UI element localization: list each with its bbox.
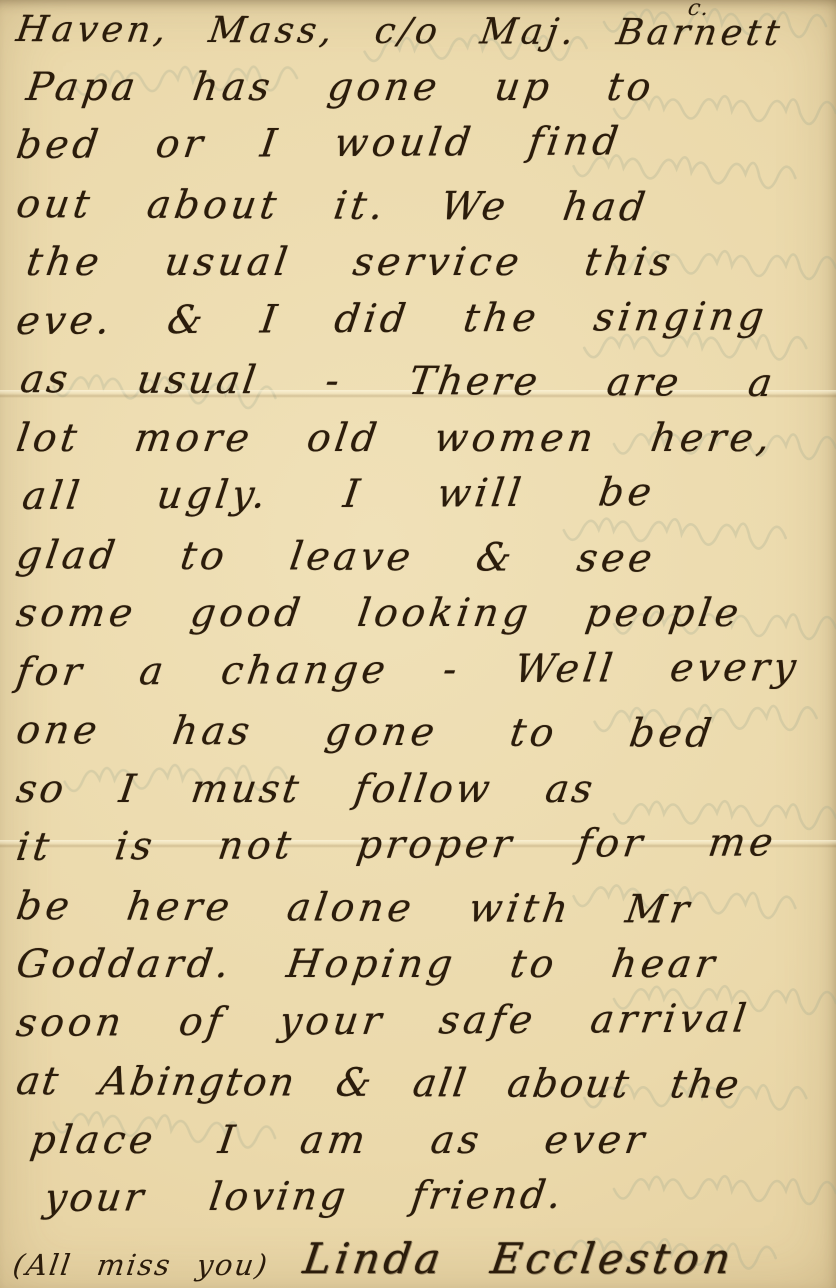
letter-line: at Abington & all about the [14,1062,835,1105]
handwritten-text: Haven, Mass, c/o Maj. Barnett Papa has g… [14,12,830,1280]
letter-heading-line: Haven, Mass, c/o Maj. Barnett [14,12,835,52]
letter-line: glad to leave & see [14,536,835,579]
postscript-note: (All miss you) [11,1251,271,1280]
letter-line: all ugly. I will be [20,472,836,516]
letter-line: the usual service this [24,243,835,282]
letter-line: it is not proper for me to [14,823,836,867]
letter-line: eve. & I did the singing [14,297,836,341]
letter-page: c. Haven, Mass, c/o Maj. Barnett Papa ha… [0,0,836,1288]
letter-line: bed or I would find [14,121,836,165]
letter-line: for a change - Well every [14,648,836,692]
letter-line: Goddard. Hoping to hear [14,945,835,984]
letter-line: be here alone with Mr [14,887,835,930]
letter-line: some good looking people [14,594,835,633]
letter-line: your loving friend. [42,1174,836,1218]
letter-line: out about it. We had [14,185,835,228]
letter-line: one has gone to bed [14,711,835,754]
signature: Linda Eccleston [301,1238,737,1280]
letter-line: soon of your safe arrival [14,999,836,1043]
letter-line: place I am as ever [28,1121,835,1160]
signature-row: (All miss you) Linda Eccleston [11,1238,833,1280]
letter-line: as usual - There are a [18,360,835,403]
letter-line: lot more old women here, [14,419,835,458]
letter-line: Papa has gone up to [24,68,835,107]
letter-line: so I must follow as [14,770,835,809]
